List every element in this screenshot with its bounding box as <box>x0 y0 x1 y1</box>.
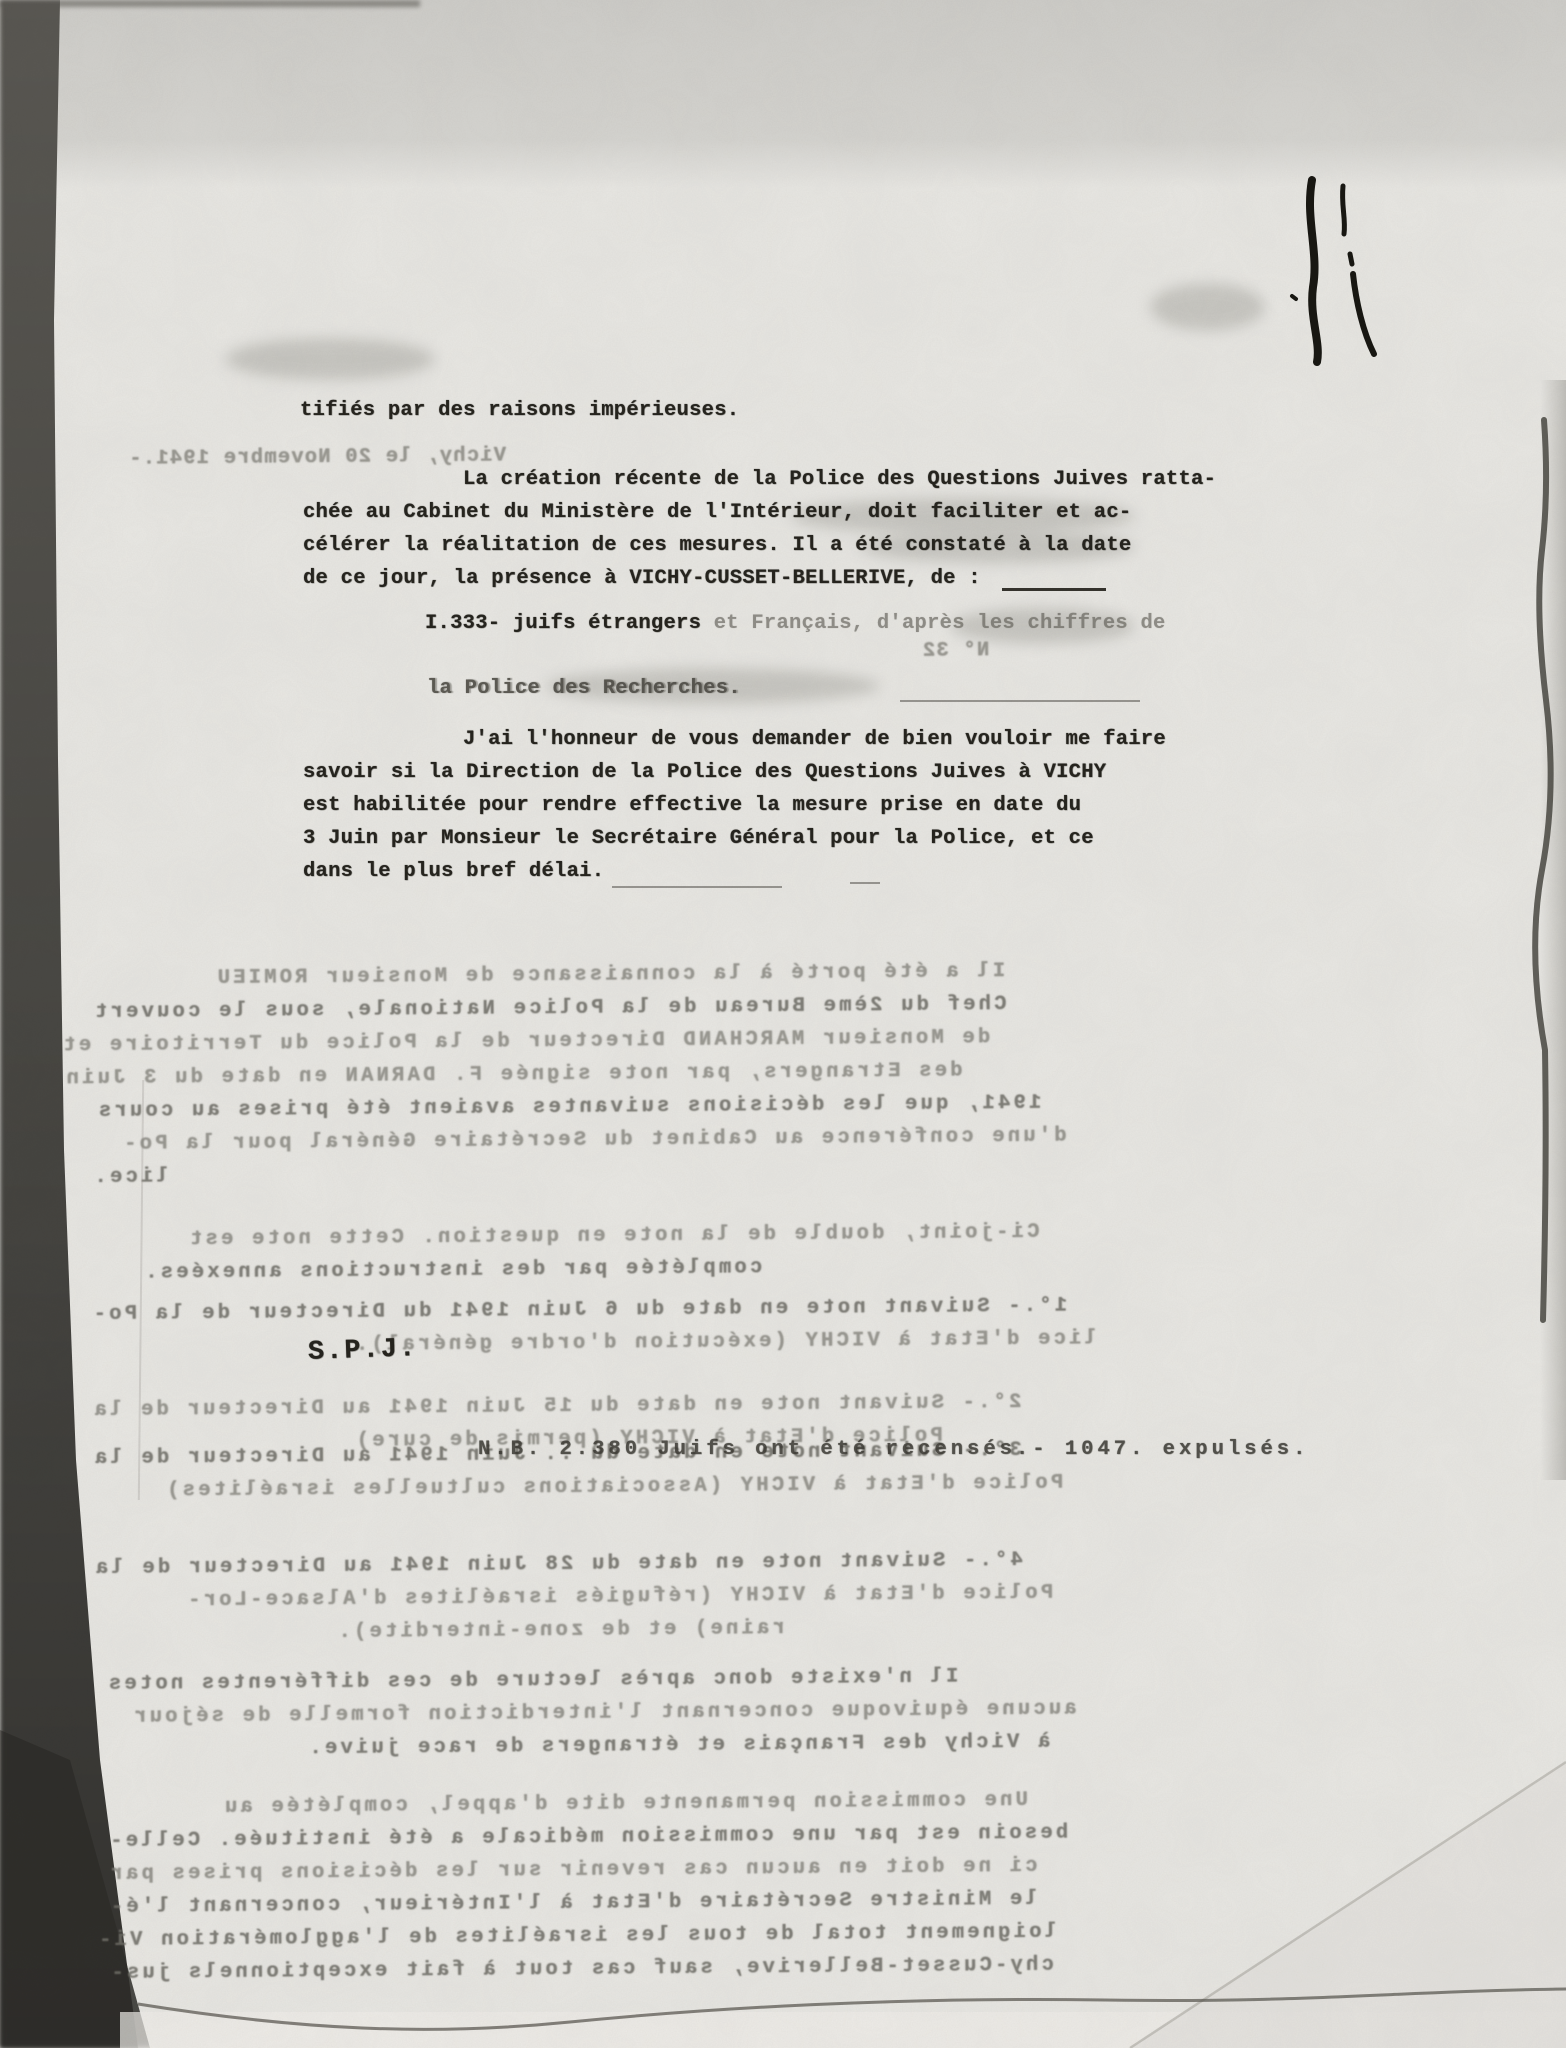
scanned-document-page: Vichy, le 20 Novembre 1941.- N° 32 Il a … <box>0 0 1566 2048</box>
paper-grain-texture <box>0 0 1566 2048</box>
